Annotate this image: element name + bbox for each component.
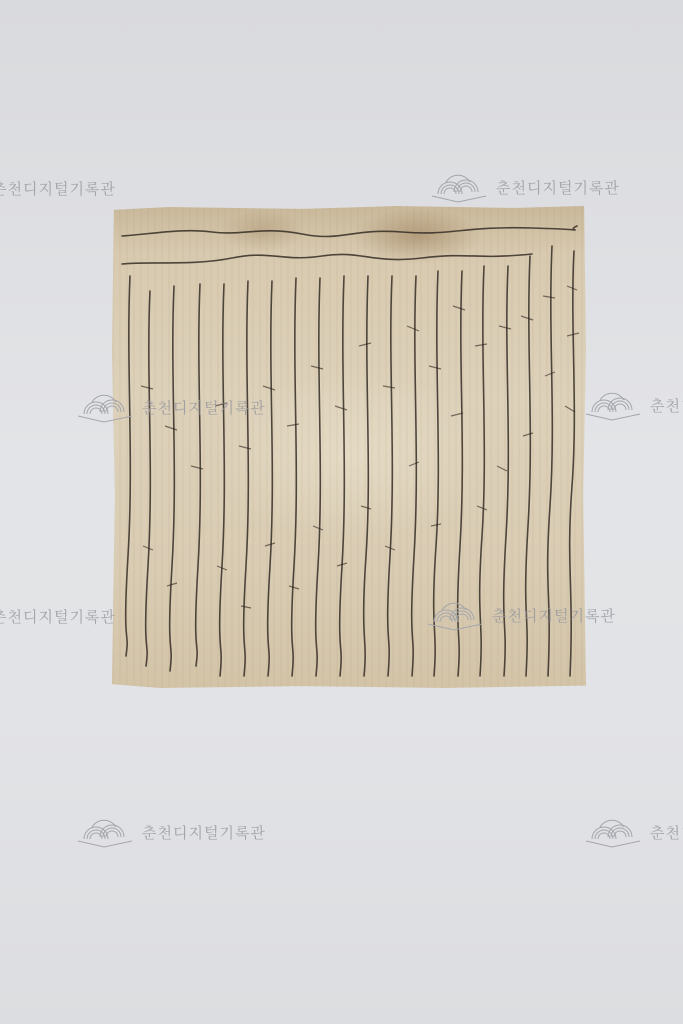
watermark: 춘천디지털기록관 (76, 815, 266, 849)
watermark-text: 춘천디지털기록관 (142, 822, 266, 843)
watermark: 춘천디지털기록관 (0, 606, 116, 627)
archive-logo-icon (584, 388, 642, 422)
archive-logo-icon (584, 815, 642, 849)
watermark: 춘천디지털기록관 (430, 170, 620, 204)
archive-logo-icon (430, 170, 488, 204)
watermark-text: 춘천디지털기록관 (142, 397, 266, 418)
watermark: 춘천디지털기록관 (584, 388, 683, 422)
archive-logo-icon (76, 390, 134, 424)
watermark: 춘천디지털기록관 (426, 598, 616, 632)
archive-logo-icon (426, 598, 484, 632)
watermark-text: 춘천디지털기록관 (492, 605, 616, 626)
watermark: 춘천디지털기록관 (0, 178, 116, 199)
watermark-text: 춘천디지털기록관 (0, 606, 116, 627)
watermark-text: 춘천디지털기록관 (496, 177, 620, 198)
watermark-text: 춘천디지털기록관 (650, 822, 683, 843)
watermark: 춘천디지털기록관 (76, 390, 266, 424)
watermark: 춘천디지털기록관 (584, 815, 683, 849)
watermark-text: 춘천디지털기록관 (650, 395, 683, 416)
archive-logo-icon (76, 815, 134, 849)
watermark-text: 춘천디지털기록관 (0, 178, 116, 199)
